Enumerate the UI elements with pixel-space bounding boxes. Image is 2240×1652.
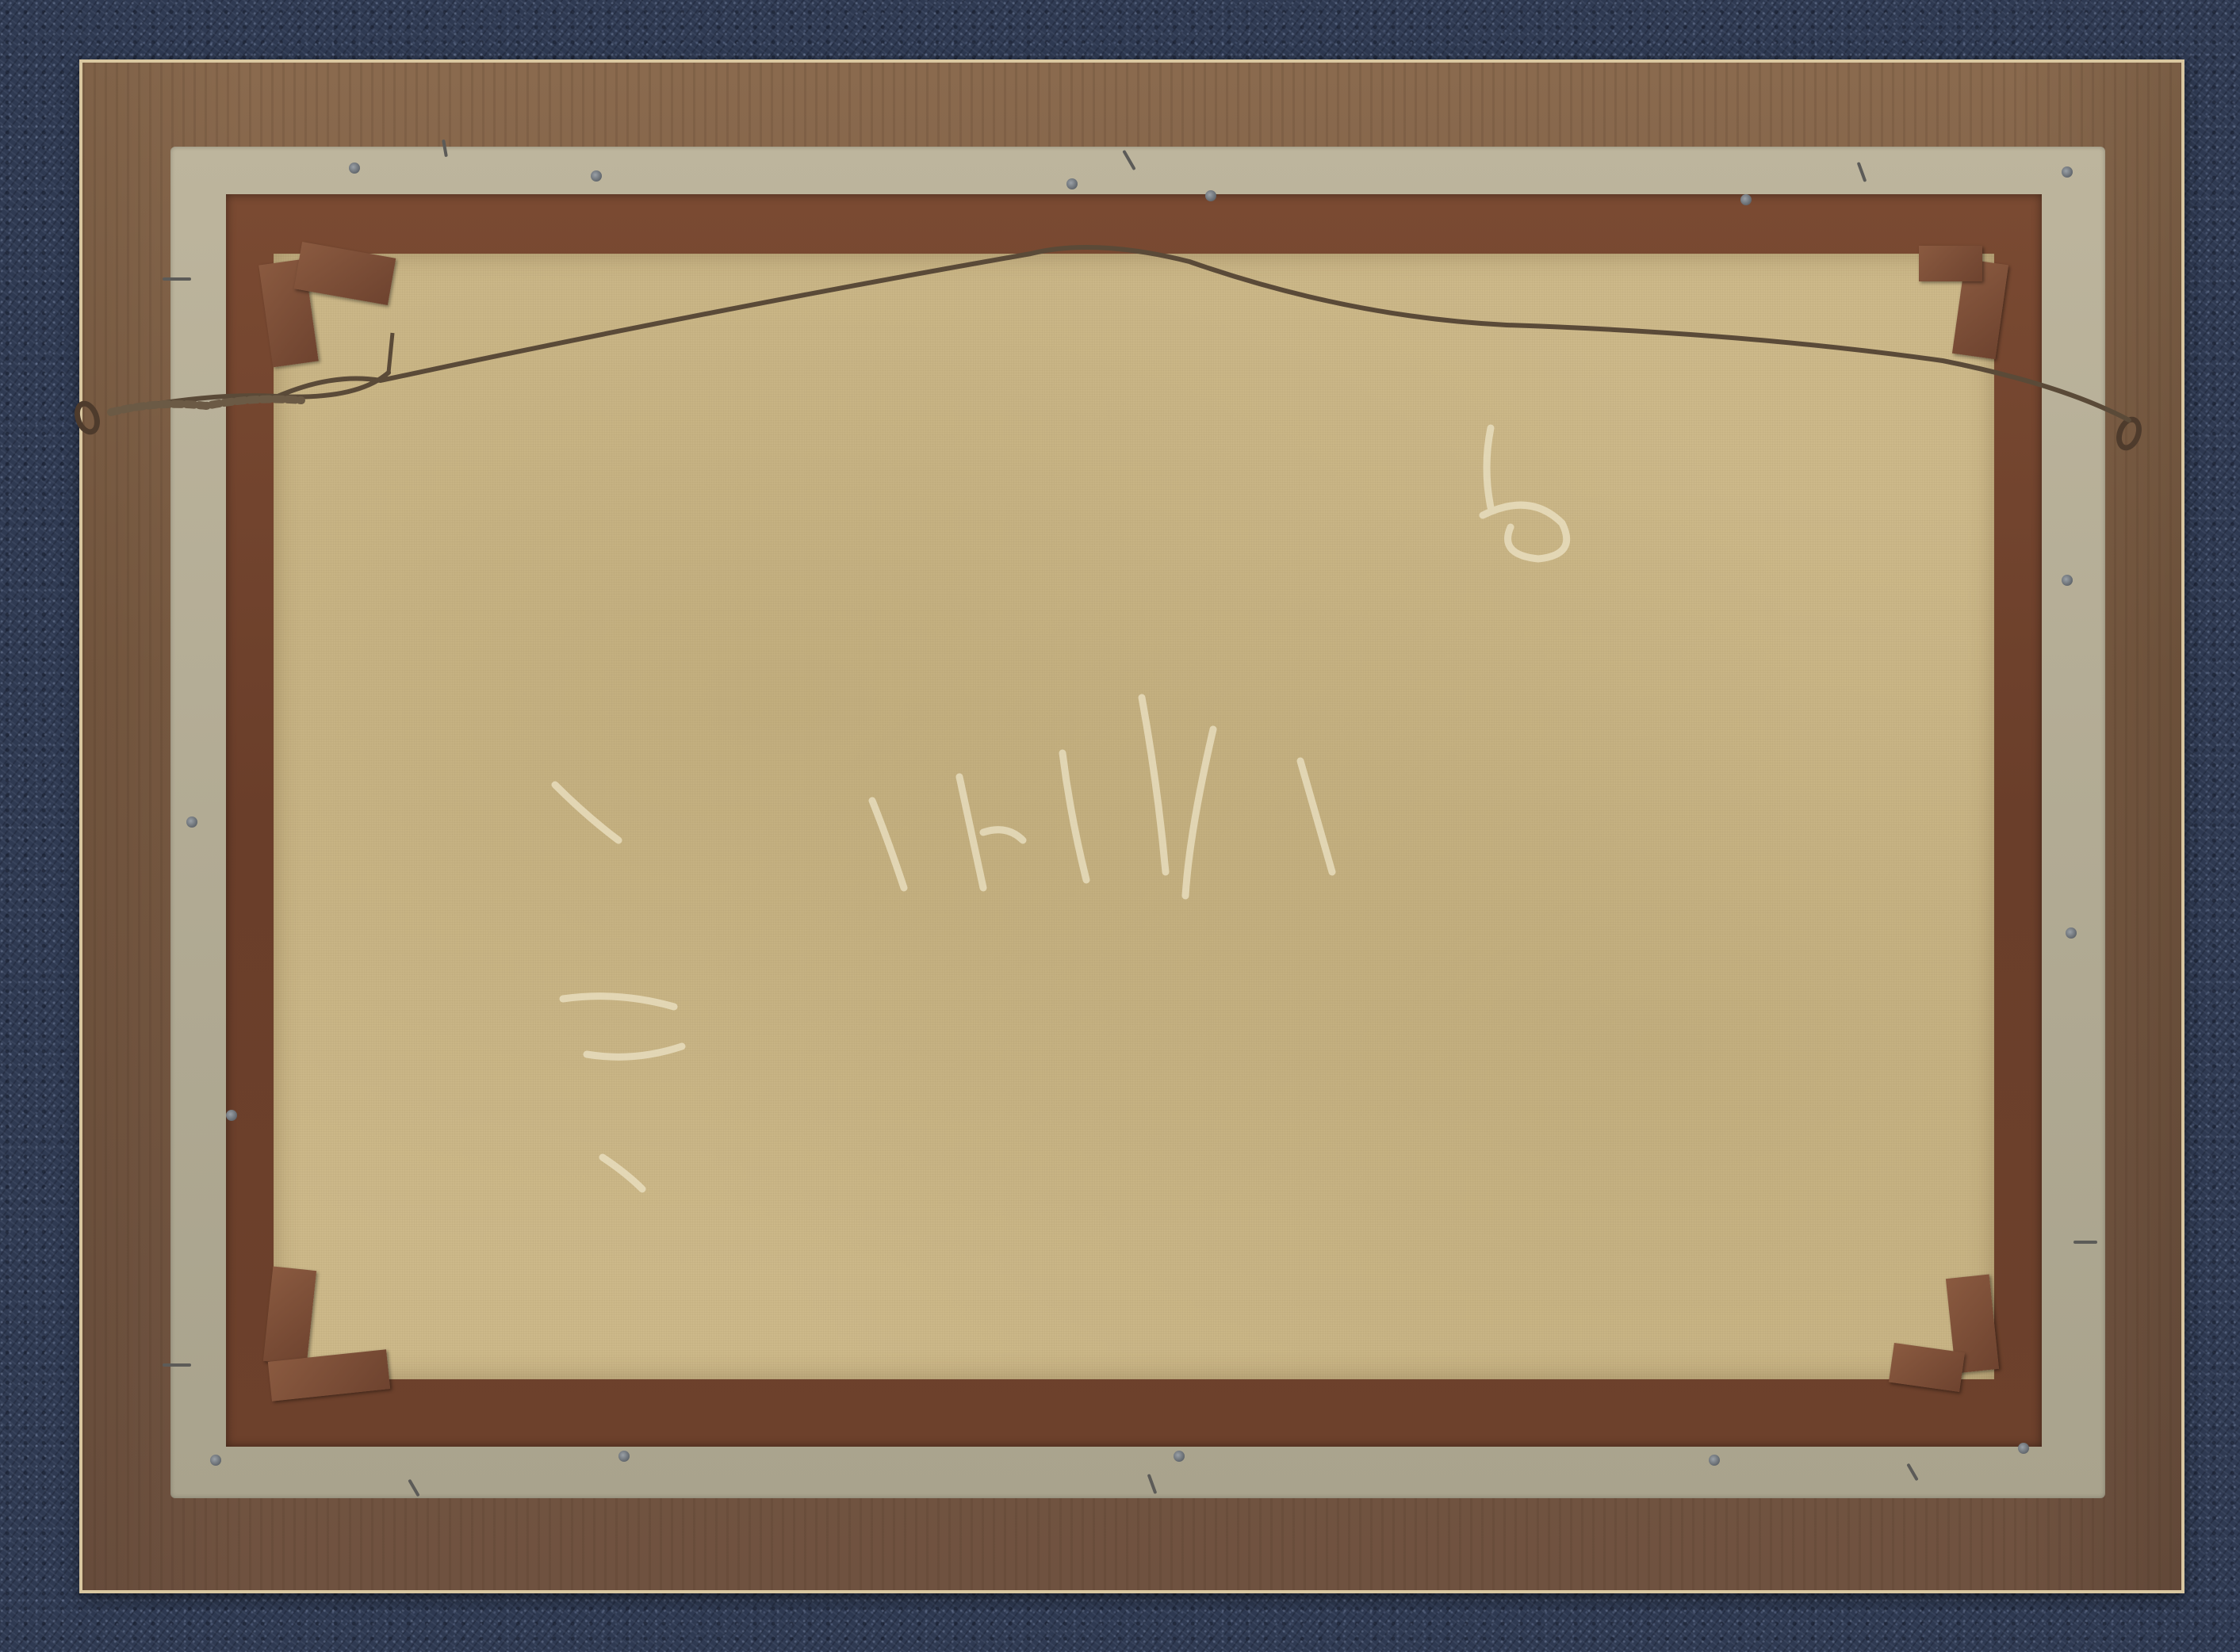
canvas-back [274, 254, 1994, 1379]
tack [2066, 927, 2077, 939]
tack [349, 163, 360, 174]
tack [226, 1110, 237, 1121]
tack [1174, 1451, 1185, 1462]
corner-key-top-right-horizontal [1919, 246, 1982, 281]
tack [2062, 575, 2073, 586]
tack [1709, 1455, 1720, 1466]
tack [618, 1451, 630, 1462]
tack [2062, 166, 2073, 178]
tack [591, 170, 602, 182]
nail [163, 277, 191, 281]
nail [2073, 1241, 2097, 1244]
tack [1066, 178, 1078, 189]
tack [1740, 194, 1752, 205]
tack [210, 1455, 221, 1466]
nail [163, 1363, 191, 1367]
tack [1205, 190, 1216, 201]
tack [186, 816, 197, 828]
tack [2018, 1443, 2029, 1454]
